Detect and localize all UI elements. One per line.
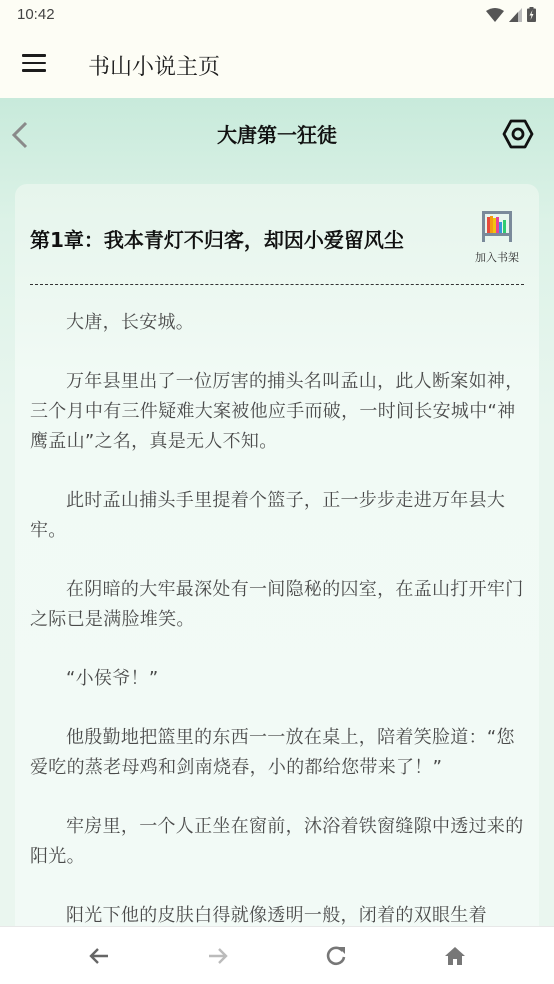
add-to-shelf-button[interactable]: 加入书架 xyxy=(469,210,525,265)
chapter-title: 第1章：我本青灯不归客，却因小爱留风尘 xyxy=(30,224,404,253)
bottom-nav-bar xyxy=(0,926,554,984)
cell-signal-icon xyxy=(509,8,522,22)
book-title: 大唐第一狂徒 xyxy=(0,119,554,148)
back-button[interactable] xyxy=(79,936,119,976)
bookshelf-icon xyxy=(480,210,514,242)
paragraph: 阳光下他的皮肤白得就像透明一般，闭着的双眼生着 xyxy=(30,901,524,926)
paragraph: 此时孟山捕头手里提着个篮子，正一步步走进万年县大牢。 xyxy=(30,486,524,546)
forward-arrow-icon xyxy=(207,946,229,966)
refresh-button[interactable] xyxy=(316,936,356,976)
paragraph: 他殷勤地把篮里的东西一一放在桌上，陪着笑脸道：“您爱吃的蒸老母鸡和剑南烧春，小的… xyxy=(30,723,524,783)
paragraph: 牢房里，一个人正坐在窗前，沐浴着铁窗缝隙中透过来的阳光。 xyxy=(30,812,524,872)
paragraph: 在阴暗的大牢最深处有一间隐秘的囚室，在孟山打开牢门之际已是满脸堆笑。 xyxy=(30,575,524,635)
refresh-icon xyxy=(325,945,347,967)
back-arrow-icon xyxy=(88,946,110,966)
wifi-icon xyxy=(486,8,504,22)
home-icon xyxy=(444,946,466,966)
status-bar: 10:42 xyxy=(0,0,554,30)
reader-view[interactable]: 大唐第一狂徒 第1章：我本青灯不归客，却因小爱留风尘 加入书架 xyxy=(0,98,554,926)
status-time: 10:42 xyxy=(17,6,55,23)
paragraph: “小侯爷！” xyxy=(30,664,524,694)
paragraph: 万年县里出了一位厉害的捕头名叫孟山，此人断案如神，三个月中有三件疑难大案被他应手… xyxy=(30,367,524,457)
chapter-content: 大唐，长安城。 万年县里出了一位厉害的捕头名叫孟山，此人断案如神，三个月中有三件… xyxy=(30,308,524,926)
status-icons xyxy=(486,7,536,22)
reader-header: 大唐第一狂徒 xyxy=(0,98,554,170)
dashed-divider xyxy=(30,284,524,285)
app-bar: 书山小说主页 xyxy=(0,30,554,98)
forward-button[interactable] xyxy=(198,936,238,976)
hamburger-menu-icon[interactable] xyxy=(22,54,46,74)
settings-hexagon-icon[interactable] xyxy=(502,118,534,150)
paragraph: 大唐，长安城。 xyxy=(30,308,524,338)
app-title: 书山小说主页 xyxy=(88,50,220,81)
home-button[interactable] xyxy=(435,936,475,976)
battery-charging-icon xyxy=(527,7,536,22)
chapter-card: 第1章：我本青灯不归客，却因小爱留风尘 加入书架 大唐，长安城。 万年县里出了一… xyxy=(15,184,539,926)
add-to-shelf-label: 加入书架 xyxy=(469,249,525,265)
